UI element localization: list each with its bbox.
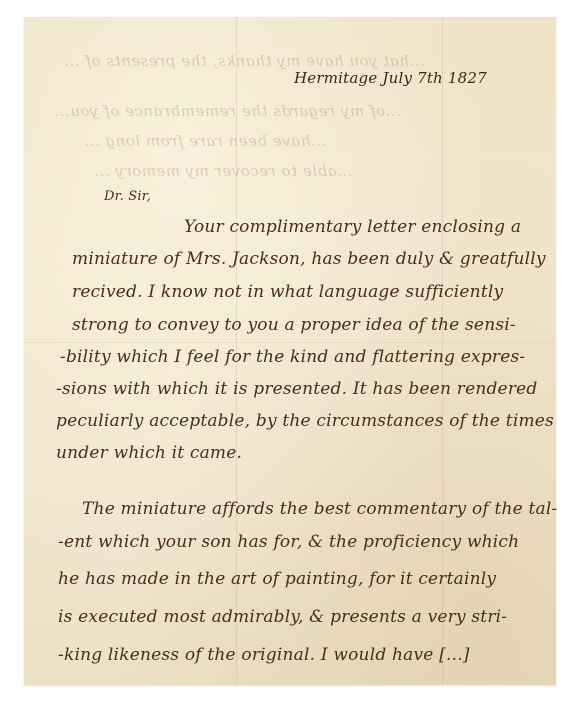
letter-line: recived. I know not in what language suf… [72, 282, 503, 302]
bleed-through-text: ...able to recover my memory ... [94, 162, 352, 180]
letter-line: peculiarly acceptable, by the circumstan… [56, 411, 554, 431]
letter-line: under which it came. [56, 443, 242, 463]
bleed-through-text: ...hat you have my thanks, the presents … [64, 52, 425, 70]
letter-line: he has made in the art of painting, for … [58, 569, 496, 589]
letter-line: miniature of Mrs. Jackson, has been duly… [72, 249, 546, 269]
letter-line: -sions with which it is presented. It ha… [56, 379, 538, 399]
letter-line: -king likeness of the original. I would … [58, 645, 470, 665]
salutation: Dr. Sir, [104, 189, 151, 204]
letter-line: strong to convey to you a proper idea of… [72, 315, 516, 335]
dateline: Hermitage July 7th 1827 [294, 69, 487, 87]
bleed-through-text: ...of my regards the remembrance of you.… [54, 102, 401, 120]
letter-line: is executed most admirably, & presents a… [58, 607, 507, 627]
letter-paper: ...hat you have my thanks, the presents … [24, 17, 556, 685]
bleed-through-text: ...have been rare from long ... [84, 132, 326, 150]
fold-line [24, 342, 556, 343]
letter-line: The miniature affords the best commentar… [82, 499, 557, 519]
letter-line: Your complimentary letter enclosing a [184, 217, 521, 237]
letter-line: -ent which your son has for, & the profi… [58, 532, 519, 552]
letter-line: -bility which I feel for the kind and fl… [60, 347, 525, 367]
